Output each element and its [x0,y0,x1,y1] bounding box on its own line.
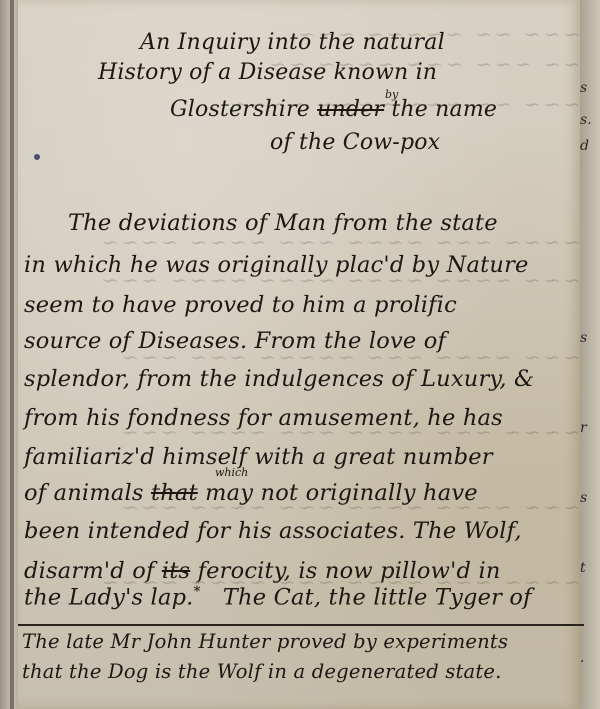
body-line: source of Diseases. From the love of [24,328,446,354]
adjacent-fragment: s. [580,112,592,128]
body-line: from his fondness for amusement, he has [24,405,503,431]
struck-word: its [162,558,190,584]
body-line: seem to have proved to him a prolific [24,292,457,318]
body-text: may not originally have [205,480,478,506]
adjacent-fragment: . [580,650,584,666]
struck-word: under [317,97,384,122]
title-line: Glostershire under the name [170,97,497,122]
ink-blot [34,154,40,160]
binding-edge [10,0,14,709]
struck-word: that [151,480,198,506]
body-line: in which he was originally plac'd by Nat… [24,252,529,278]
body-line: disarm'd of its ferocity, is now pillow'… [24,558,501,584]
adjacent-fragment: s [580,490,587,506]
body-text: the Lady's lap. [24,585,194,611]
body-text: The Cat, the little Tyger of [223,585,532,611]
title-line: History of a Disease known in [98,60,437,85]
footnote-line: The late Mr John Hunter proved by experi… [22,630,508,653]
footnote-rule [18,624,584,626]
title-line: of the Cow-pox [270,130,440,155]
body-line: splendor, from the indulgences of Luxury… [24,366,534,392]
adjacent-fragment: s [580,80,587,96]
adjacent-fragment: s [580,330,587,346]
adjacent-fragment: r [580,420,587,436]
body-text: ferocity, is now pillow'd in [198,558,501,584]
footnote-marker: * [194,584,201,600]
title-county: Glostershire [170,97,310,122]
insertion-which: which [215,466,248,479]
body-line: of animals that may not originally have [24,480,478,506]
body-line: been intended for his associates. The Wo… [24,518,522,544]
adjacent-fragment: t [580,560,586,576]
body-text: disarm'd of [24,558,154,584]
adjacent-fragment: d [580,138,589,154]
footnote-line: that the Dog is the Wolf in a degenerate… [22,660,502,683]
body-line: The deviations of Man from the state [68,210,498,236]
body-text: of animals [24,480,144,506]
body-line: the Lady's lap.* The Cat, the little Tyg… [24,584,532,611]
title-line: An Inquiry into the natural [140,30,445,55]
body-line: familiariz'd himself with a great number [24,444,493,470]
title-name: the name [391,97,497,122]
